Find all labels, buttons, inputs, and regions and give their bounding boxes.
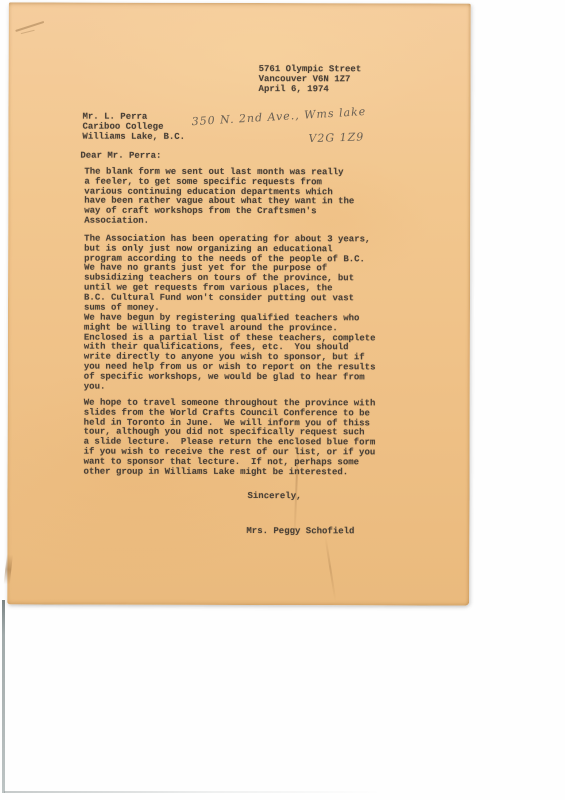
body-paragraph-4: We hope to travel someone throughout the… [84, 399, 376, 478]
paper-crease [4, 554, 13, 584]
body-paragraph-3: We have begun by registering qualified t… [84, 314, 376, 393]
closing-line: Sincerely, [247, 492, 301, 502]
letter-paper: 5761 Olympic Street Vancouver V6N 1Z7 Ap… [7, 2, 471, 605]
recipient-address-block: Mr. L. Perra Cariboo College Williams La… [82, 113, 185, 143]
scanned-letter-page: 5761 Olympic Street Vancouver V6N 1Z7 Ap… [0, 0, 565, 800]
handwritten-street-annotation: 350 N. 2nd Ave., Wms lake [191, 105, 366, 128]
body-paragraph-2: The Association has been operating for a… [84, 235, 370, 314]
paper-crease [324, 535, 336, 601]
under-sheet-bottom-edge [4, 791, 384, 793]
handwritten-postal-code: V2G 1Z9 [308, 130, 364, 145]
signature-name: Mrs. Peggy Schofield [246, 527, 354, 537]
salutation: Dear Mr. Perra: [80, 152, 161, 162]
sender-address-block: 5761 Olympic Street Vancouver V6N 1Z7 Ap… [259, 65, 362, 95]
paper-scratch-mark [21, 30, 35, 34]
under-sheet-left-edge [2, 600, 5, 793]
body-paragraph-1: The blank form we sent out last month wa… [84, 168, 354, 227]
